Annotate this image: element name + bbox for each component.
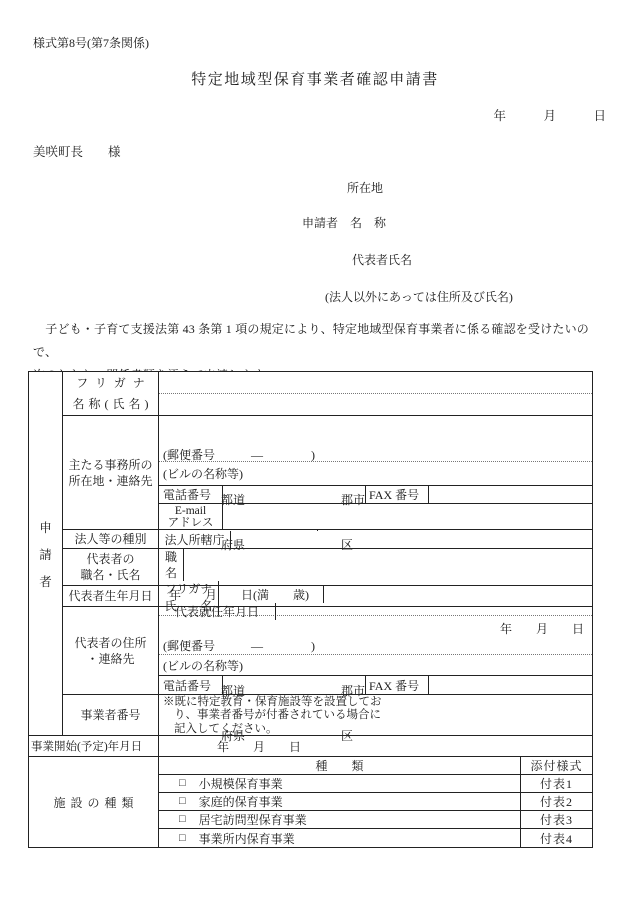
- rep-fax-label: FAX 番号: [366, 676, 429, 694]
- rep-building-line[interactable]: (ビルの名称等): [159, 655, 592, 676]
- facility-row: □ 家庭的保育事業 付表2: [159, 793, 592, 811]
- office-fax-label: FAX 番号: [366, 486, 429, 504]
- attachment-column-header: 添付様式: [521, 757, 592, 774]
- office-building-line[interactable]: (ビルの名称等): [159, 462, 592, 486]
- facility-row: □ 事業所内保育事業 付表4: [159, 829, 592, 847]
- birth-date-label: 代表者生年月日: [63, 586, 159, 606]
- rep-address-label: 代表者の住所 ・連絡先: [63, 607, 159, 694]
- postal-code-line[interactable]: (郵便番号 ― ): [163, 448, 592, 463]
- business-number-note: ※既に特定教育・保育施設等を設置しており、事業者番号が付番されている場合に記入し…: [159, 695, 388, 736]
- office-fax-field[interactable]: [429, 486, 592, 504]
- facility-name: 小規模保育事業: [199, 775, 283, 792]
- attachment-form-label: 付表2: [521, 793, 592, 810]
- applicant-vertical-label: 申 請 者: [29, 372, 63, 735]
- corp-authority-label: 法人所轄庁: [159, 531, 231, 548]
- office-phone-label: 電話番号: [159, 486, 223, 504]
- facility-type-label: 施設の種類: [29, 757, 159, 847]
- rep-postal-code-line[interactable]: (郵便番号 ― ): [163, 639, 592, 654]
- office-address-field[interactable]: (郵便番号 ― ) 都道郡市 府県区: [159, 416, 592, 462]
- date-line[interactable]: 年 月 日: [493, 106, 606, 124]
- facility-name: 事業所内保育事業: [199, 830, 295, 847]
- corp-type-label: 法人等の種別: [63, 530, 159, 548]
- facility-checkbox[interactable]: □: [179, 814, 186, 825]
- office-email-label: E-mail アドレス: [159, 504, 223, 529]
- start-date-label: 事業開始(予定)年月日: [29, 736, 159, 756]
- rep-phone-label: 電話番号: [159, 676, 223, 694]
- attachment-form-label: 付表1: [521, 775, 592, 792]
- facility-name: 家庭的保育事業: [199, 793, 283, 810]
- attachment-form-label: 付表3: [521, 811, 592, 828]
- page-title: 特定地域型保育事業者確認申請書: [0, 68, 630, 89]
- facility-checkbox[interactable]: □: [179, 796, 186, 807]
- name-field[interactable]: [159, 394, 592, 415]
- start-date-field[interactable]: 年 月 日: [159, 736, 592, 756]
- facility-row: □ 居宅訪問型保育事業 付表3: [159, 811, 592, 829]
- birth-date-field[interactable]: 年 月 日(満 歳): [159, 586, 324, 603]
- form-number-label: 様式第8号(第7条関係): [33, 34, 149, 51]
- office-email-field[interactable]: [223, 504, 592, 529]
- rep-phone-field[interactable]: [223, 676, 366, 694]
- representative-name-label: 代表者氏名: [352, 251, 412, 268]
- business-number-label: 事業者番号: [63, 695, 159, 735]
- office-address-label: 主たる事務所の 所在地・連絡先: [63, 416, 159, 529]
- application-table: 申 請 者 フリガナ 名称(氏名) 主たる事務所の 所在地・連絡先: [28, 371, 593, 848]
- facility-name: 居宅訪問型保育事業: [199, 811, 307, 828]
- facility-row: □ 小規模保育事業 付表1: [159, 775, 592, 793]
- applicant-name-label: 申請者 名 称: [302, 214, 386, 231]
- non-corporate-note: (法人以外にあっては住所及び氏名): [325, 288, 513, 305]
- office-phone-field[interactable]: [223, 486, 366, 504]
- furigana-label: フリガナ: [69, 372, 151, 394]
- location-label: 所在地: [347, 179, 383, 196]
- furigana-field[interactable]: [159, 372, 592, 394]
- type-column-header: 種 類: [159, 757, 521, 774]
- rep-fax-field[interactable]: [429, 676, 592, 694]
- corp-authority-field[interactable]: [159, 548, 592, 549]
- rep-title-name-label: 代表者の 職名・氏名: [63, 549, 159, 585]
- facility-checkbox[interactable]: □: [179, 778, 186, 789]
- addressee-label: 美咲町長 様: [33, 142, 121, 160]
- title-label: 職 名: [159, 549, 184, 581]
- name-label: 名称(氏名): [69, 394, 153, 416]
- body-line-1: 子ども・子育て支援法第 43 条第 1 項の規定により、特定地域型保育事業者に係…: [33, 322, 589, 359]
- attachment-form-label: 付表4: [521, 829, 592, 847]
- facility-checkbox[interactable]: □: [179, 833, 186, 844]
- rep-address-field[interactable]: (郵便番号 ― ) 都道郡市 府県区: [159, 607, 592, 655]
